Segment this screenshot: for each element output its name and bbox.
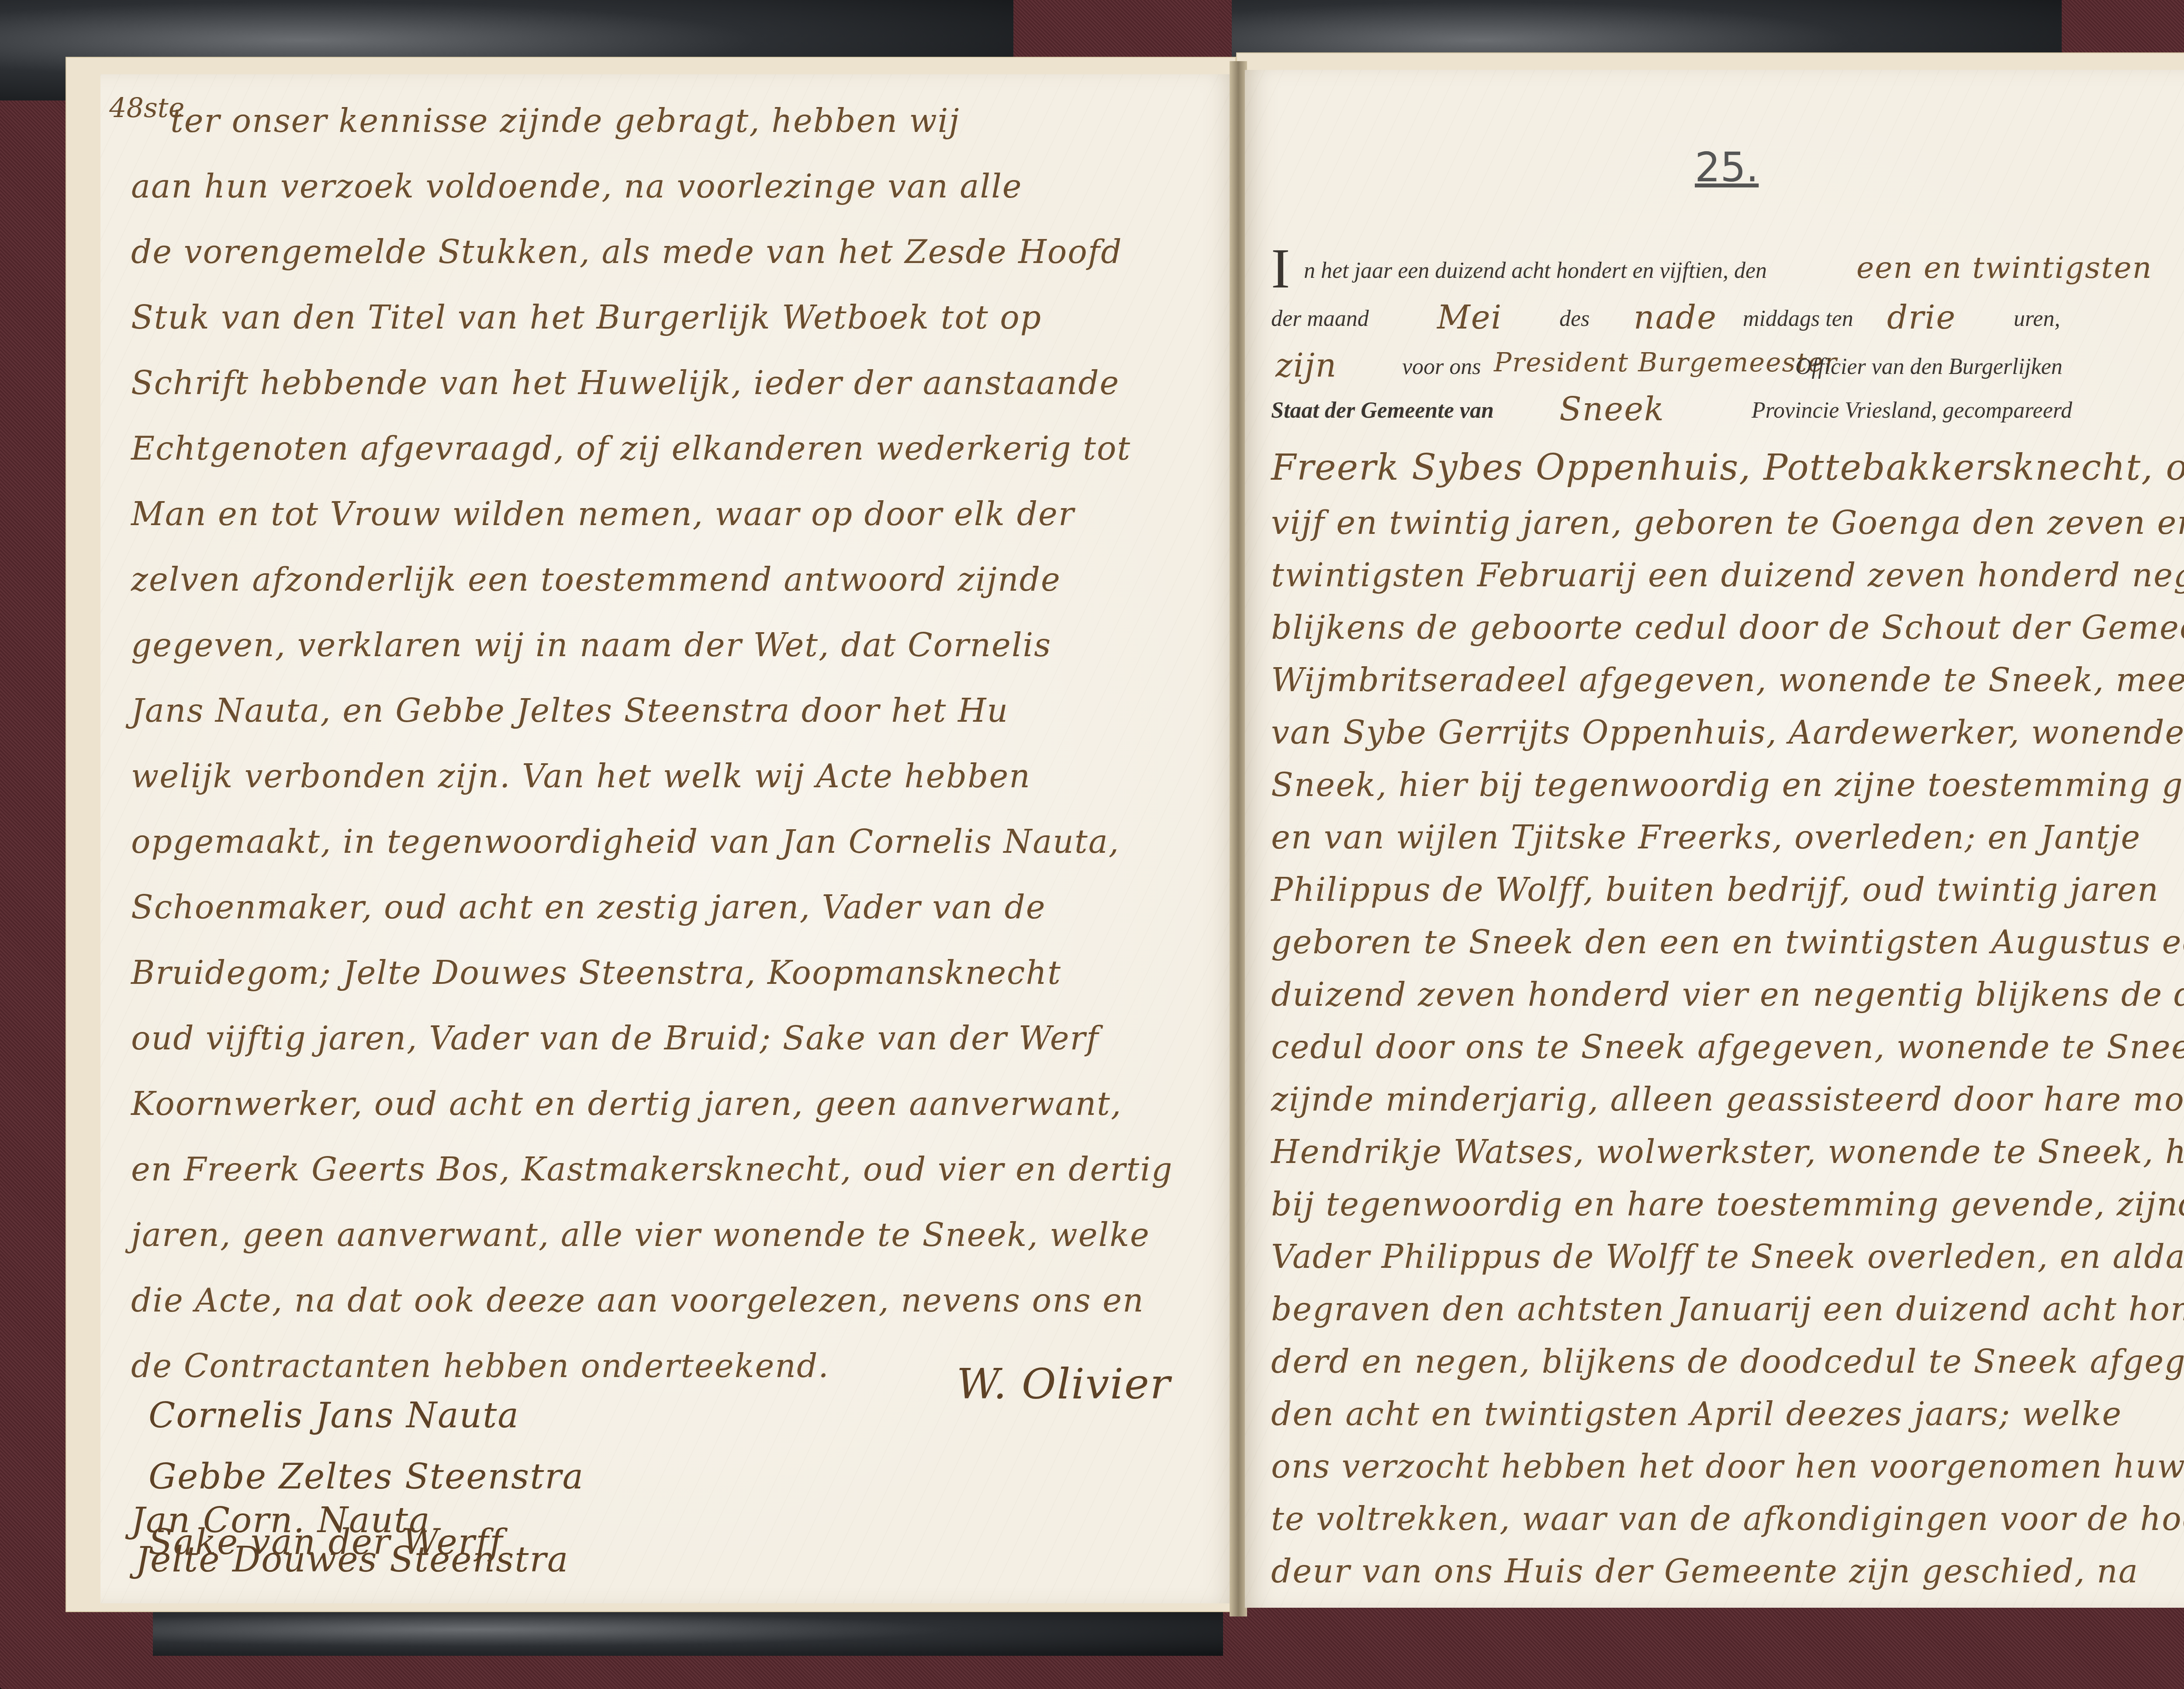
text-line: geboren te Sneek den een en twintigsten … — [1271, 926, 2184, 959]
printed-text: Staat der Gemeente van — [1271, 398, 1494, 423]
text-line: zelven afzonderlijk een toestemmend antw… — [131, 564, 1061, 596]
text-line: opgemaakt, in tegenwoordigheid van Jan C… — [131, 826, 1120, 858]
signature: Sake van der Werff — [149, 1525, 503, 1560]
text-line: van Sybe Gerrijts Oppenhuis, Aardewerker… — [1271, 716, 2184, 749]
text-line: Schrift hebbende van het Huwelijk, ieder… — [131, 367, 1120, 399]
text-line: de Contractanten hebben onderteekend. — [131, 1350, 829, 1382]
text-line: derd en negen, blijkens de doodcedul te … — [1271, 1346, 2184, 1378]
text-line: Man en tot Vrouw wilden nemen, waar op d… — [131, 498, 1075, 530]
filled-day: een en twintigsten — [1856, 253, 2152, 283]
filled-month: Mei — [1437, 301, 1502, 334]
drop-cap: I — [1271, 236, 1290, 301]
record-number: 25. — [1695, 144, 1759, 191]
text-line: blijkens de geboorte cedul door de Schou… — [1271, 612, 2184, 644]
text-line: en van wijlen Tjitske Freerks, overleden… — [1271, 821, 2141, 854]
text-line: duizend zeven honderd vier en negentig b… — [1271, 979, 2184, 1011]
text-line: ons verzocht hebben het door hen voorgen… — [1271, 1450, 2184, 1483]
printed-text: middags ten — [1743, 306, 1853, 332]
filled-official-title: President Burgemeester — [1494, 350, 1838, 376]
text-line: Hendrikje Watses, wolwerkster, wonende t… — [1271, 1136, 2184, 1168]
text-line: Freerk Sybes Oppenhuis, Pottebakkersknec… — [1271, 450, 2184, 486]
text-line: ter onser kennisse zijnde gebragt, hebbe… — [170, 105, 960, 137]
printed-text: uren, — [2014, 306, 2060, 332]
printed-text: n het jaar een duizend acht hondert en v… — [1304, 258, 1767, 284]
official-signature: W. Olivier — [957, 1363, 1171, 1405]
text-line: Schoenmaker, oud acht en zestig jaren, V… — [131, 891, 1046, 924]
text-line: bij tegenwoordig en hare toestemming gev… — [1271, 1188, 2184, 1221]
text-line: Bruidegom; Jelte Douwes Steenstra, Koopm… — [131, 957, 1061, 989]
signature: Gebbe Zeltes Steenstra — [149, 1459, 584, 1494]
text-line: oud vijftig jaren, Vader van de Bruid; S… — [131, 1022, 1099, 1055]
text-line: die Acte, na dat ook deeze aan voorgelez… — [131, 1284, 1144, 1317]
text-line: Philippus de Wolff, buiten bedrijf, oud … — [1271, 874, 2159, 906]
text-line: welijk verbonden zijn. Van het welk wij … — [131, 760, 1031, 793]
text-line: te voltrekken, waar van de afkondigingen… — [1271, 1503, 2184, 1535]
printed-text: Officier van den Burgerlijken — [1795, 354, 2063, 380]
text-line: Wijmbritseradeel afgegeven, wonende te S… — [1271, 664, 2184, 696]
text-line: cedul door ons te Sneek afgegeven, wonen… — [1271, 1031, 2184, 1063]
left-page: 48ste ter onser kennisse zijnde gebragt,… — [100, 74, 1236, 1603]
text-line: Echtgenoten afgevraagd, of zij elkandere… — [131, 433, 1131, 465]
text-line: Jans Nauta, en Gebbe Jeltes Steenstra do… — [131, 695, 1009, 727]
filled-text: zijn — [1275, 350, 1337, 382]
filled-place: Sneek — [1559, 393, 1665, 426]
right-page: 49ste 25. I n het jaar een duizend acht … — [1245, 70, 2184, 1608]
text-line: den acht en twintigsten April deezes jaa… — [1271, 1398, 2122, 1430]
text-line: zijnde minderjarig, alleen geassisteerd … — [1271, 1083, 2184, 1116]
text-line: vijf en twintig jaren, geboren te Goenga… — [1271, 507, 2184, 539]
printed-text: der maand — [1271, 306, 1369, 332]
text-line: deur van ons Huis der Gemeente zijn gesc… — [1271, 1555, 2139, 1588]
text-line: en Freerk Geerts Bos, Kastmakersknecht, … — [131, 1153, 1173, 1186]
text-line: Stuk van den Titel van het Burgerlijk We… — [131, 301, 1042, 334]
text-line: twintigsten Februarij een duizend zeven … — [1271, 559, 2184, 592]
text-line: aan hun verzoek voldoende, na voorlezing… — [131, 170, 1023, 203]
printed-text: Provincie Vriesland, gecompareerd — [1752, 398, 2072, 423]
text-line: Koornwerker, oud acht en dertig jaren, g… — [131, 1088, 1122, 1120]
printed-text: des — [1559, 306, 1590, 332]
text-line: jaren, geen aanverwant, alle vier wonend… — [131, 1219, 1150, 1251]
text-line: gegeven, verklaren wij in naam der Wet, … — [131, 629, 1051, 661]
printed-text: voor ons — [1402, 354, 1481, 380]
book-gutter — [1230, 61, 1247, 1616]
filled-time-of-day: nade — [1634, 301, 1717, 334]
filled-hour: drie — [1887, 301, 1956, 334]
text-line: Vader Philippus de Wolff te Sneek overle… — [1271, 1241, 2184, 1273]
text-line: de vorengemelde Stukken, als mede van he… — [131, 236, 1123, 268]
text-line: begraven den achtsten Januarij een duize… — [1271, 1293, 2184, 1326]
text-line: Sneek, hier bij tegenwoordig en zijne to… — [1271, 769, 2184, 801]
signature: Cornelis Jans Nauta — [149, 1398, 519, 1433]
